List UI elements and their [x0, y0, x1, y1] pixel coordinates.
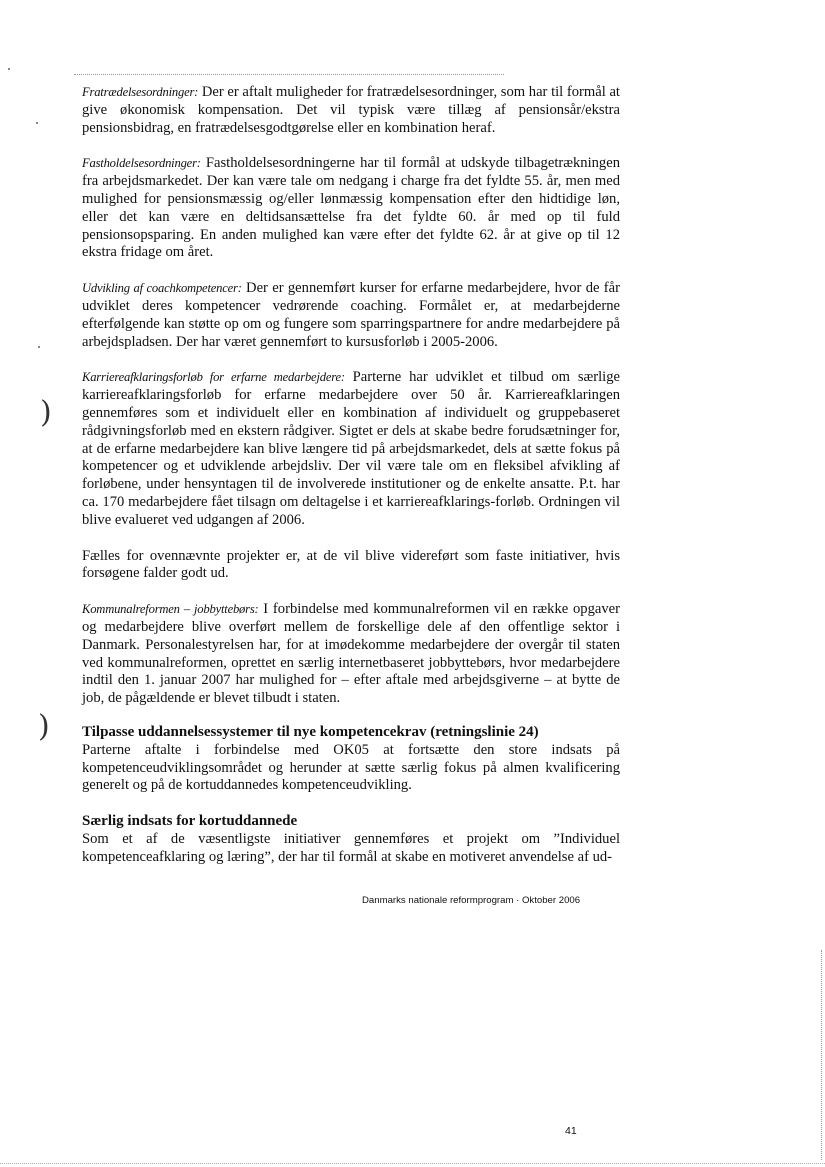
paragraph-lead: Karriereafklaringsforløb for erfarne med… [82, 370, 345, 384]
paragraph-text: I forbindelse med kommunalreformen vil e… [82, 601, 620, 706]
punch-hole-mark: ) [38, 712, 50, 742]
paragraph-kommunalreformen: Kommunalreformen – jobbyttebørs: I forbi… [82, 601, 620, 708]
paragraph-fastholdelsesordninger: Fastholdelsesordninger: Fastholdelsesord… [82, 155, 620, 262]
scan-artifact-line [74, 74, 504, 75]
scanned-page: ) ) Fratrædelsesordninger: Der er aftalt… [0, 0, 825, 1167]
paragraph-fratraedelsesordninger: Fratrædelsesordninger: Der er aftalt mul… [82, 84, 620, 137]
page-number: 41 [565, 1125, 577, 1137]
paragraph-coachkompetencer: Udvikling af coachkompetencer: Der er ge… [82, 280, 620, 351]
paragraph-lead: Fastholdelsesordninger: [82, 156, 201, 170]
scan-speck [8, 68, 10, 70]
scan-speck [36, 122, 38, 124]
paragraph-karriereafklaringsforloeb: Karriereafklaringsforløb for erfarne med… [82, 369, 620, 529]
section-heading: Tilpasse uddannelsessystemer til nye kom… [82, 724, 620, 742]
scan-speck [38, 346, 40, 348]
footer-title: Danmarks nationale reformprogram · Oktob… [362, 895, 580, 906]
paragraph-text: Fælles for ovennævnte projekter er, at d… [82, 548, 620, 582]
punch-hole-mark: ) [40, 398, 52, 428]
paragraph-lead: Fratrædelsesordninger: [82, 85, 198, 99]
section-text: Som et af de væsentligste initiativer ge… [82, 831, 620, 867]
section-kortuddannede: Særlig indsats for kortuddannede Som et … [82, 813, 620, 866]
paragraph-text: Parterne har udviklet et tilbud om særli… [82, 369, 620, 527]
body-text: Fratrædelsesordninger: Der er aftalt mul… [82, 84, 620, 866]
scan-artifact-edge [821, 950, 824, 1160]
paragraph-lead: Udvikling af coachkompetencer: [82, 281, 242, 295]
scan-artifact-line [0, 1163, 825, 1164]
section-text: Parterne aftalte i forbindelse med OK05 … [82, 742, 620, 795]
paragraph-faelles: Fælles for ovennævnte projekter er, at d… [82, 548, 620, 584]
section-heading: Særlig indsats for kortuddannede [82, 813, 620, 831]
paragraph-lead: Kommunalreformen – jobbyttebørs: [82, 602, 259, 616]
section-uddannelsessystemer: Tilpasse uddannelsessystemer til nye kom… [82, 724, 620, 795]
paragraph-text: Fastholdelsesordningerne har til formål … [82, 155, 620, 260]
